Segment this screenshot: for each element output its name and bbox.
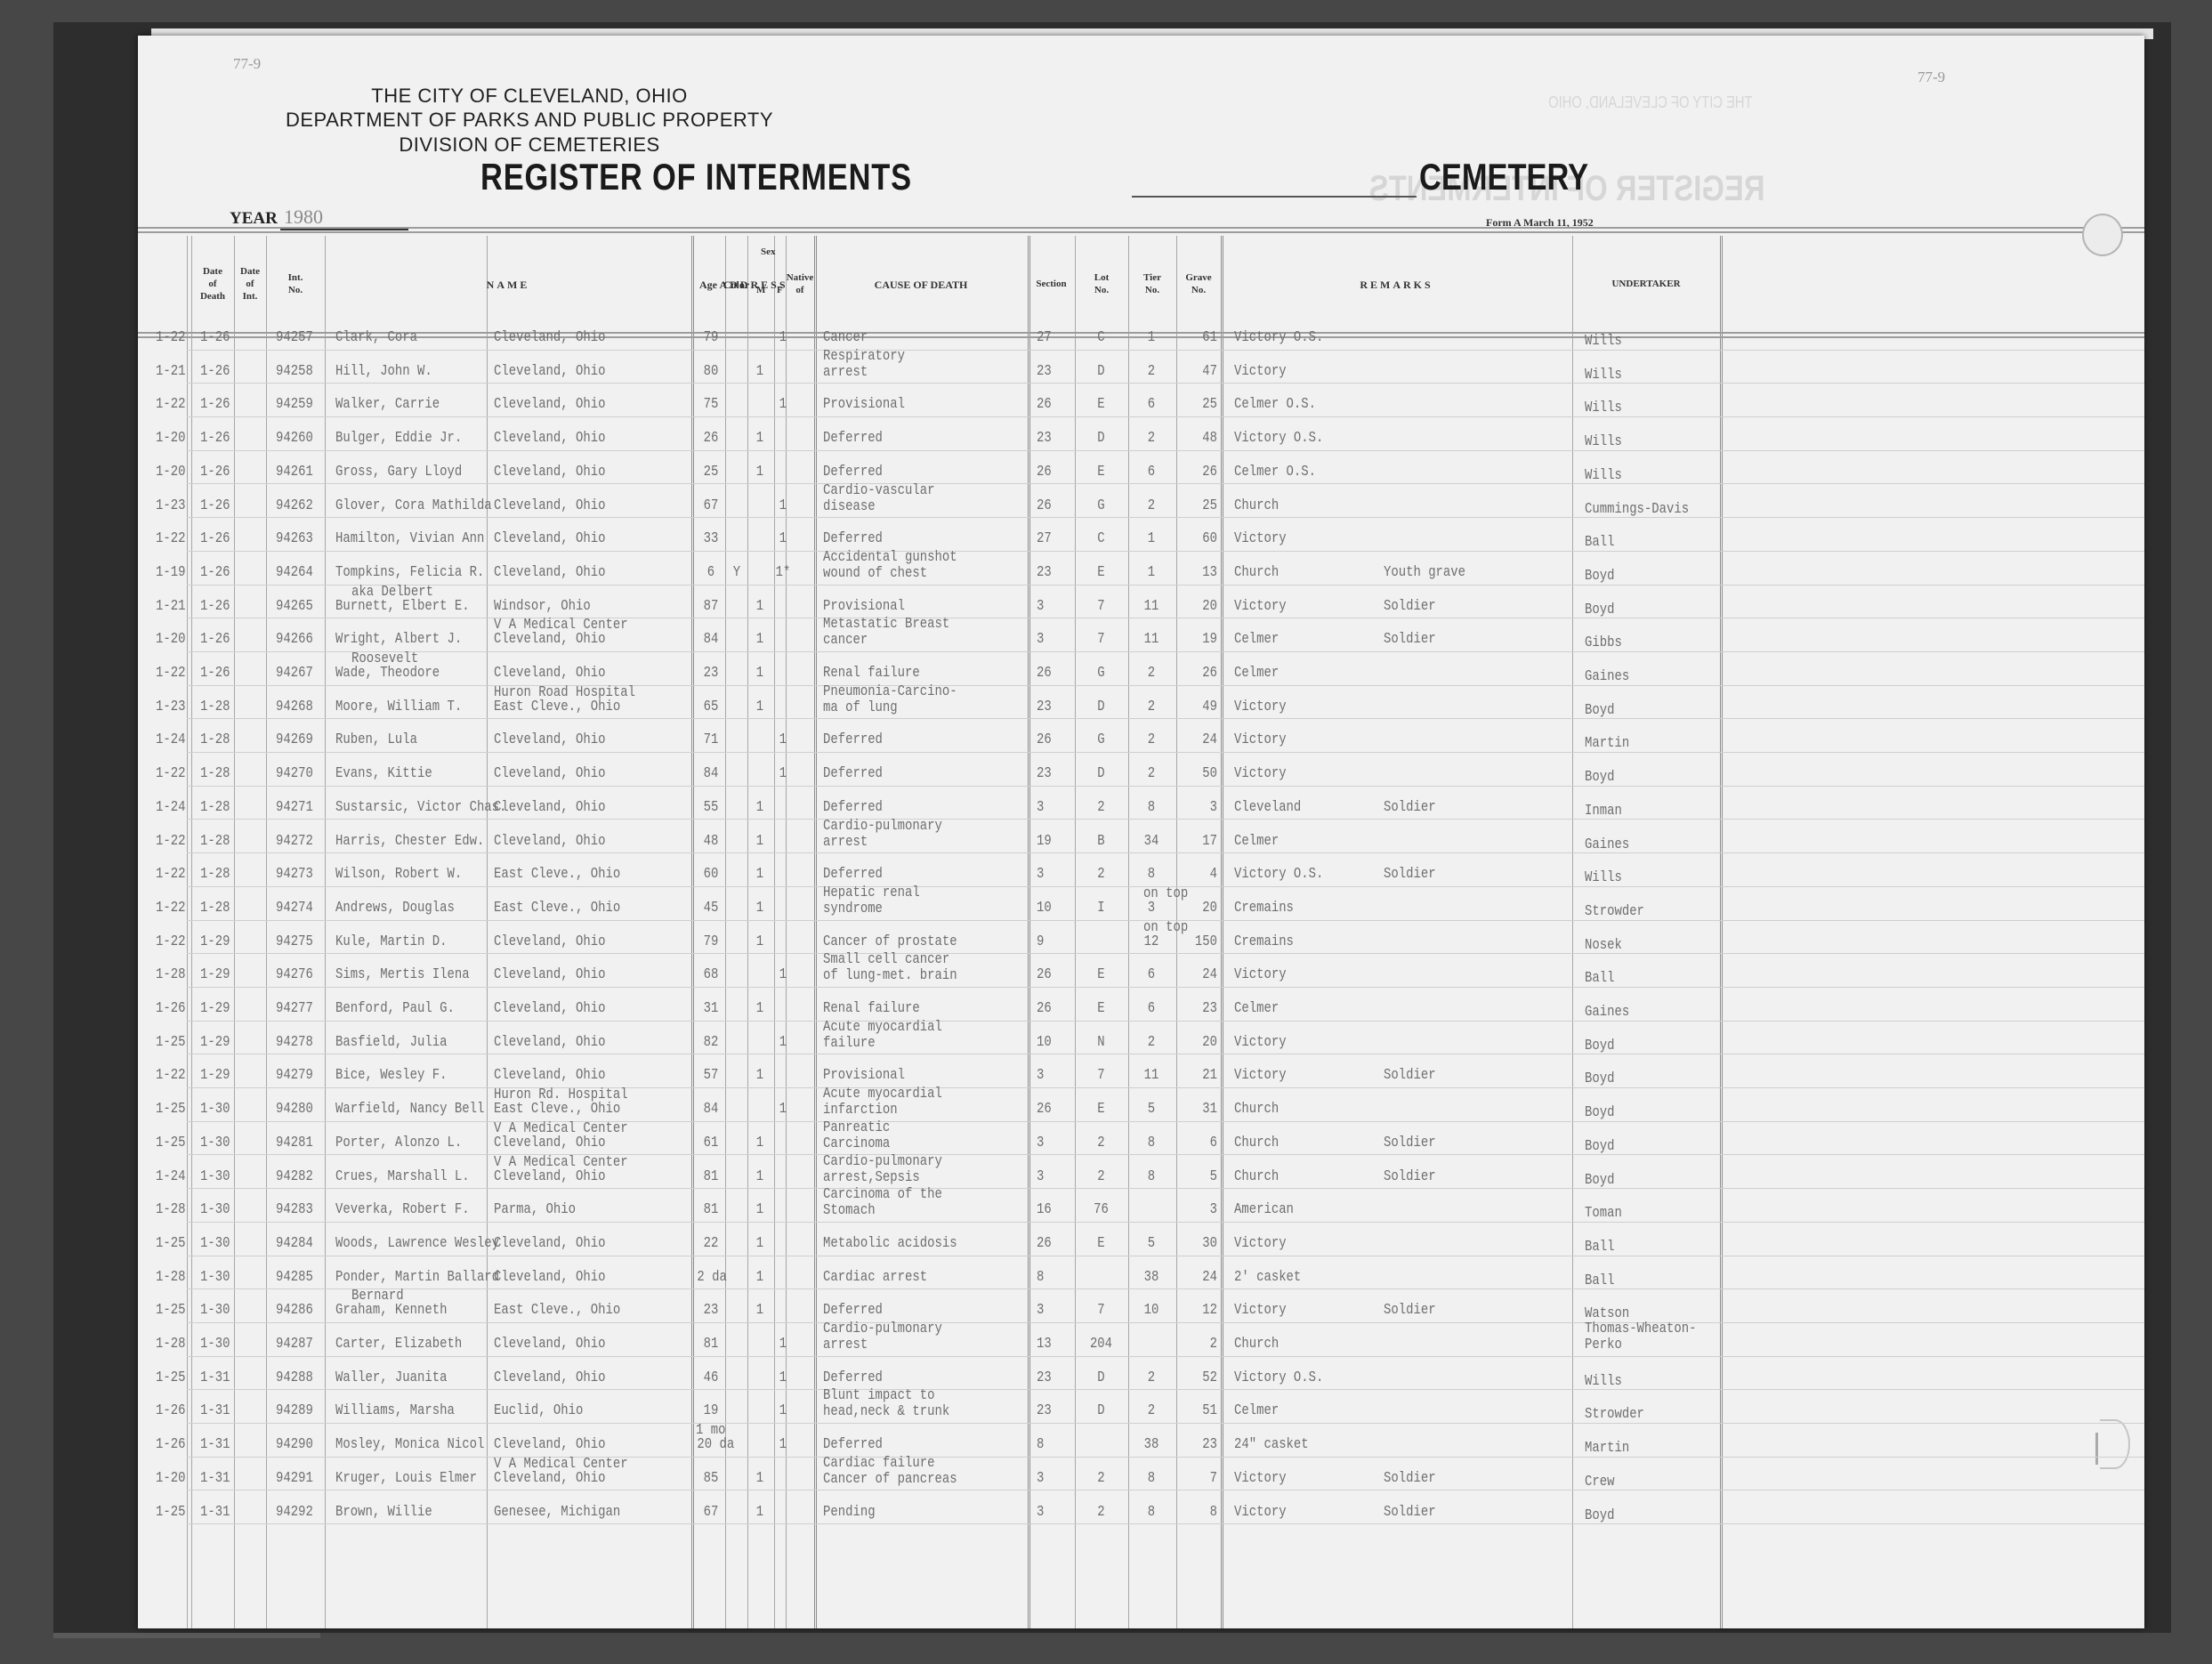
remarks: Celmer <box>1234 1403 1380 1418</box>
date-of-interment: 1-30 <box>200 1102 237 1117</box>
date-of-interment: 1-26 <box>200 632 237 647</box>
lot-number: 2 <box>1081 1471 1121 1486</box>
section-number: 8 <box>1037 1270 1066 1285</box>
date-of-interment: 1-31 <box>200 1505 237 1520</box>
sex-male: 1 <box>750 666 769 681</box>
lot-number: G <box>1081 666 1121 681</box>
interment-number: 94286 <box>276 1303 327 1318</box>
lot-number: E <box>1081 967 1121 982</box>
decedent-name: Andrews, Douglas <box>335 901 504 916</box>
address: Cleveland, Ohio <box>494 1068 662 1083</box>
age: 87 <box>697 599 724 614</box>
age: 84 <box>697 1102 724 1117</box>
address: East Cleve., Ohio <box>494 901 662 916</box>
cause-of-death: arrest <box>823 1337 868 1353</box>
undertaker: Ball <box>1585 1240 1614 1255</box>
section-number: 23 <box>1037 565 1066 580</box>
cause-of-death: Small cell cancer <box>823 952 949 967</box>
table-row: 1-241-3094282Crues, Marshall L.Cleveland… <box>138 1162 2144 1196</box>
section-number: 26 <box>1037 498 1066 513</box>
row-rule <box>187 953 2144 954</box>
lot-number: I <box>1081 901 1121 916</box>
section-number: 23 <box>1037 431 1066 446</box>
age: 81 <box>697 1169 724 1184</box>
date-of-interment: 1-30 <box>200 1202 237 1217</box>
date-of-interment: 1-26 <box>200 498 237 513</box>
grave-number: 24 <box>1184 1270 1217 1285</box>
undertaker: Wills <box>1585 1374 1622 1389</box>
interment-number: 94271 <box>276 800 327 815</box>
remarks: Cremains <box>1234 901 1380 916</box>
address-line-1: Huron Rd. Hospital <box>494 1086 628 1103</box>
date-of-death: 1-23 <box>156 498 192 513</box>
grave-number: 26 <box>1184 666 1217 681</box>
cause-of-death: Cardio-pulmonary <box>823 1321 942 1337</box>
address: Cleveland, Ohio <box>494 531 662 546</box>
age: 67 <box>697 1505 724 1520</box>
row-rule <box>187 718 2144 719</box>
table-row: 1-251-3194292Brown, WillieGenesee, Michi… <box>138 1498 2144 1531</box>
table-row: 1-221-2694259Walker, CarrieCleveland, Oh… <box>138 390 2144 424</box>
address: East Cleve., Ohio <box>494 867 662 882</box>
interment-number: 94269 <box>276 732 327 747</box>
address: Cleveland, Ohio <box>494 431 662 446</box>
sex-male: 1 <box>750 800 769 815</box>
address: Cleveland, Ohio <box>494 834 662 849</box>
remarks: Cremains <box>1234 934 1380 949</box>
address-line-1: V A Medical Center <box>494 1154 628 1171</box>
lot-number: E <box>1081 397 1121 412</box>
grave-number: 47 <box>1184 364 1217 379</box>
color: Y <box>728 565 746 580</box>
remarks: Cleveland <box>1234 800 1380 815</box>
section-number: 3 <box>1037 1471 1066 1486</box>
section-number: 26 <box>1037 1102 1066 1117</box>
interment-number: 94272 <box>276 834 327 849</box>
lot-number: D <box>1081 1370 1121 1385</box>
age: 22 <box>697 1236 724 1251</box>
age: 84 <box>697 766 724 781</box>
remark-note: Youth grave <box>1384 565 1530 580</box>
remarks: Victory <box>1234 766 1380 781</box>
date-of-death: 1-25 <box>156 1102 192 1117</box>
tier-number: 2 <box>1133 364 1171 379</box>
lot-number: E <box>1081 464 1121 480</box>
sex-male: 1 <box>750 867 769 882</box>
cemetery-name-field <box>1132 196 1417 198</box>
cause-of-death: Accidental gunshot <box>823 550 957 565</box>
age: 81 <box>697 1337 724 1352</box>
cause-of-death: Cancer <box>823 330 868 345</box>
remarks: Celmer O.S. <box>1234 397 1380 412</box>
address: Cleveland, Ohio <box>494 1035 662 1050</box>
col-lot-no: LotNo. <box>1075 240 1128 329</box>
tier-number: 6 <box>1133 967 1171 982</box>
table-row: 1-201-2694266Wright, Albert J.Cleveland,… <box>138 625 2144 658</box>
sex-female: 1 <box>774 1102 792 1117</box>
grave-number: 23 <box>1184 1001 1217 1016</box>
page-code-left: 77-9 <box>233 55 261 73</box>
cause-of-death: Cancer of pancreas <box>823 1472 957 1487</box>
grave-number: 150 <box>1184 934 1217 949</box>
date-of-death: 1-21 <box>156 364 192 379</box>
date-of-interment: 1-26 <box>200 565 237 580</box>
col-sex-f: F <box>777 285 783 295</box>
undertaker: Boyd <box>1585 1508 1614 1523</box>
tier-number: 6 <box>1133 1001 1171 1016</box>
row-rule <box>187 1054 2144 1054</box>
section-number: 26 <box>1037 732 1066 747</box>
tier-number: 6 <box>1133 397 1171 412</box>
row-rule <box>187 1423 2144 1424</box>
interment-number: 94257 <box>276 330 327 345</box>
row-rule <box>187 1222 2144 1223</box>
section-number: 26 <box>1037 1001 1066 1016</box>
tier-number: 8 <box>1133 1471 1171 1486</box>
section-number: 3 <box>1037 800 1066 815</box>
decedent-name: Harris, Chester Edw. <box>335 834 504 849</box>
date-of-interment: 1-28 <box>200 800 237 815</box>
table-row: 1-281-2994276Sims, Mertis IlenaCleveland… <box>138 960 2144 994</box>
interment-number: 94287 <box>276 1337 327 1352</box>
interment-number: 94270 <box>276 766 327 781</box>
date-of-interment: 1-28 <box>200 732 237 747</box>
decedent-name: Benford, Paul G. <box>335 1001 504 1016</box>
page-title: REGISTER OF INTERMENTS <box>480 156 912 198</box>
interment-number: 94263 <box>276 531 327 546</box>
row-rule <box>187 1389 2144 1390</box>
undertaker: Ball <box>1585 1273 1614 1288</box>
date-of-interment: 1-28 <box>200 834 237 849</box>
date-of-interment: 1-26 <box>200 364 237 379</box>
col-date-of-int: DateofInt. <box>234 240 266 329</box>
grave-note: on top <box>1143 919 1188 936</box>
interment-number: 94265 <box>276 599 327 614</box>
table-row: 1-221-2894273Wilson, Robert W.East Cleve… <box>138 860 2144 893</box>
cause-of-death: Carcinoma <box>823 1136 890 1151</box>
undertaker: Wills <box>1585 334 1622 349</box>
cause-of-death: wound of chest <box>823 566 927 581</box>
address: Parma, Ohio <box>494 1202 662 1217</box>
remarks: Victory <box>1234 1303 1380 1318</box>
date-of-interment: 1-26 <box>200 431 237 446</box>
sex-female: 1 <box>774 1437 792 1452</box>
undertaker: Inman <box>1585 804 1622 819</box>
address: Cleveland, Ohio <box>494 967 662 982</box>
date-of-death: 1-28 <box>156 967 192 982</box>
row-rule <box>187 1523 2144 1524</box>
cause-of-death: Acute myocardial <box>823 1086 942 1102</box>
header-division: DIVISION OF CEMETERIES <box>343 133 716 157</box>
table-row: 1-251-3094281Porter, Alonzo L.Cleveland,… <box>138 1128 2144 1162</box>
grave-number: 13 <box>1184 565 1217 580</box>
sex-male: 1 <box>750 1303 769 1318</box>
age: 46 <box>697 1370 724 1385</box>
date-of-death: 1-22 <box>156 531 192 546</box>
row-rule <box>187 987 2144 988</box>
decedent-name: Porter, Alonzo L. <box>335 1135 504 1151</box>
date-of-death: 1-22 <box>156 834 192 849</box>
date-of-interment: 1-30 <box>200 1270 237 1285</box>
undertaker: Wills <box>1585 434 1622 449</box>
tier-number: 8 <box>1133 800 1171 815</box>
tier-number: 11 <box>1133 1068 1171 1083</box>
age: 55 <box>697 800 724 815</box>
address-line-1: Huron Road Hospital <box>494 684 635 701</box>
remarks: Celmer O.S. <box>1234 464 1380 480</box>
interment-number: 94278 <box>276 1035 327 1050</box>
age: 65 <box>697 699 724 715</box>
date-of-interment: 1-31 <box>200 1437 237 1452</box>
tier-number: 5 <box>1133 1236 1171 1251</box>
sex-male: 1 <box>750 1068 769 1083</box>
interment-number: 94267 <box>276 666 327 681</box>
remarks: Victory O.S. <box>1234 330 1380 345</box>
section-number: 19 <box>1037 834 1066 849</box>
tier-number: 6 <box>1133 464 1171 480</box>
sex-female: 1 <box>774 397 792 412</box>
grave-number: 6 <box>1184 1135 1217 1151</box>
date-of-interment: 1-26 <box>200 464 237 480</box>
decedent-name: Burnett, Elbert E. <box>335 599 504 614</box>
address: Cleveland, Ohio <box>494 364 662 379</box>
undertaker: Strowder <box>1585 1407 1644 1422</box>
sex-female: 1* <box>774 565 792 580</box>
lot-number: D <box>1081 699 1121 715</box>
row-rule <box>187 1021 2144 1022</box>
age: 75 <box>697 397 724 412</box>
interment-number: 94290 <box>276 1437 327 1452</box>
date-of-death: 1-20 <box>156 632 192 647</box>
section-number: 23 <box>1037 699 1066 715</box>
grave-number: 49 <box>1184 699 1217 715</box>
grave-number: 61 <box>1184 330 1217 345</box>
name-continuation: Bernard <box>351 1288 404 1305</box>
date-of-interment: 1-30 <box>200 1169 237 1184</box>
table-row: 1-281-3094283Veverka, Robert F.Parma, Oh… <box>138 1195 2144 1229</box>
cause-of-death: Cardio-vascular <box>823 483 934 498</box>
age: 23 <box>697 666 724 681</box>
date-of-interment: 1-28 <box>200 699 237 715</box>
interment-number: 94288 <box>276 1370 327 1385</box>
row-rule <box>187 416 2144 417</box>
row-rule <box>187 1188 2144 1189</box>
undertaker: Boyd <box>1585 703 1614 718</box>
section-number: 26 <box>1037 464 1066 480</box>
grave-number: 52 <box>1184 1370 1217 1385</box>
sex-male: 1 <box>750 901 769 916</box>
table-row: 1-251-2994278Basfield, JuliaCleveland, O… <box>138 1028 2144 1062</box>
lot-number: 2 <box>1081 800 1121 815</box>
grave-number: 20 <box>1184 901 1217 916</box>
interment-number: 94268 <box>276 699 327 715</box>
cause-of-death: Deferred <box>823 1437 883 1452</box>
date-of-death: 1-25 <box>156 1303 192 1318</box>
age: 26 <box>697 431 724 446</box>
section-number: 3 <box>1037 867 1066 882</box>
date-of-interment: 1-28 <box>200 867 237 882</box>
col-remarks: REMARKS <box>1221 240 1572 329</box>
grave-number: 20 <box>1184 599 1217 614</box>
section-number: 3 <box>1037 1303 1066 1318</box>
cause-of-death: Deferred <box>823 464 883 480</box>
address: East Cleve., Ohio <box>494 1303 662 1318</box>
sex-male: 1 <box>750 1202 769 1217</box>
decedent-name: Clark, Cora <box>335 330 504 345</box>
lot-number: E <box>1081 565 1121 580</box>
age-line-1: 1 mo <box>696 1422 725 1439</box>
address: Cleveland, Ohio <box>494 1437 662 1452</box>
address: Cleveland, Ohio <box>494 666 662 681</box>
row-rule <box>187 585 2144 586</box>
address: Cleveland, Ohio <box>494 1135 662 1151</box>
interment-number: 94273 <box>276 867 327 882</box>
tier-number: 11 <box>1133 599 1171 614</box>
remarks: Church <box>1234 1102 1380 1117</box>
interment-number: 94275 <box>276 934 327 949</box>
col-color: Color <box>725 240 747 329</box>
grave-number: 30 <box>1184 1236 1217 1251</box>
cause-of-death: Cardiac arrest <box>823 1270 927 1285</box>
remarks: Church <box>1234 565 1380 580</box>
lot-number: 2 <box>1081 1169 1121 1184</box>
address: Cleveland, Ohio <box>494 397 662 412</box>
age: 25 <box>697 464 724 480</box>
row-rule <box>187 852 2144 853</box>
sex-male: 1 <box>750 1001 769 1016</box>
remarks: Victory O.S. <box>1234 1370 1380 1385</box>
table-row: 1-261-3194289Williams, MarshaEuclid, Ohi… <box>138 1396 2144 1430</box>
undertaker: Boyd <box>1585 1105 1614 1120</box>
remarks: Victory <box>1234 1471 1380 1486</box>
decedent-name: Hamilton, Vivian Ann <box>335 531 504 546</box>
address: Cleveland, Ohio <box>494 766 662 781</box>
sex-male: 1 <box>750 1236 769 1251</box>
undertaker: Strowder <box>1585 904 1644 919</box>
age: 85 <box>697 1471 724 1486</box>
grave-number: 25 <box>1184 397 1217 412</box>
cause-of-death: Deferred <box>823 1370 883 1385</box>
row-rule <box>187 1087 2144 1088</box>
remarks: Celmer <box>1234 1001 1380 1016</box>
date-of-death: 1-22 <box>156 934 192 949</box>
lot-number: E <box>1081 1001 1121 1016</box>
row-rule <box>187 1356 2144 1357</box>
address-line-1: V A Medical Center <box>494 1120 628 1137</box>
cause-of-death: arrest <box>823 835 868 850</box>
age: 6 <box>697 565 724 580</box>
decedent-name: Wright, Albert J. <box>335 632 504 647</box>
grave-number: 7 <box>1184 1471 1217 1486</box>
section-number: 26 <box>1037 666 1066 681</box>
section-number: 3 <box>1037 1505 1066 1520</box>
tier-number: 38 <box>1133 1270 1171 1285</box>
remarks: 2' casket <box>1234 1270 1380 1285</box>
date-of-interment: 1-31 <box>200 1370 237 1385</box>
lot-number: D <box>1081 431 1121 446</box>
remarks: 24" casket <box>1234 1437 1380 1452</box>
decedent-name: Walker, Carrie <box>335 397 504 412</box>
sex-male: 1 <box>750 1135 769 1151</box>
date-of-death: 1-24 <box>156 732 192 747</box>
section-number: 13 <box>1037 1337 1066 1352</box>
interment-number: 94260 <box>276 431 327 446</box>
remarks: Victory O.S. <box>1234 431 1380 446</box>
cause-of-death: arrest,Sepsis <box>823 1170 920 1185</box>
tier-number: 2 <box>1133 498 1171 513</box>
decedent-name: Kule, Martin D. <box>335 934 504 949</box>
cause-of-death: Deferred <box>823 431 883 446</box>
interment-number: 94264 <box>276 565 327 580</box>
table-row: 1-251-3094286Graham, KennethEast Cleve.,… <box>138 1296 2144 1329</box>
table-row: 1-201-3194291Kruger, Louis ElmerClevelan… <box>138 1464 2144 1498</box>
remarks: Celmer <box>1234 632 1380 647</box>
section-number: 10 <box>1037 901 1066 916</box>
grave-number: 3 <box>1184 800 1217 815</box>
address: Cleveland, Ohio <box>494 1471 662 1486</box>
address: Cleveland, Ohio <box>494 330 662 345</box>
table-row: 1-221-2894272Harris, Chester Edw.Clevela… <box>138 827 2144 860</box>
grave-number: 5 <box>1184 1169 1217 1184</box>
undertaker: Nosek <box>1585 938 1622 953</box>
lot-number: 2 <box>1081 867 1121 882</box>
section-number: 23 <box>1037 766 1066 781</box>
address: Windsor, Ohio <box>494 599 662 614</box>
cause-of-death: Cardio-pulmonary <box>823 819 942 834</box>
age: 60 <box>697 867 724 882</box>
cause-of-death: failure <box>823 1036 876 1051</box>
sex-male: 1 <box>750 1471 769 1486</box>
address: East Cleve., Ohio <box>494 1102 662 1117</box>
table-row: 1-251-3194288Waller, JuanitaCleveland, O… <box>138 1363 2144 1397</box>
grave-number: 21 <box>1184 1068 1217 1083</box>
undertaker: Boyd <box>1585 1139 1614 1154</box>
lot-number: 204 <box>1081 1337 1121 1352</box>
interment-number: 94258 <box>276 364 327 379</box>
decedent-name: Williams, Marsha <box>335 1403 504 1418</box>
cause-of-death: Panreatic <box>823 1120 890 1135</box>
cause-of-death: Pending <box>823 1505 876 1520</box>
date-of-death: 1-20 <box>156 1471 192 1486</box>
sex-male: 1 <box>750 934 769 949</box>
remarks: Victory <box>1234 1236 1380 1251</box>
grave-number: 48 <box>1184 431 1217 446</box>
tier-number: 38 <box>1133 1437 1171 1452</box>
grave-number: 19 <box>1184 632 1217 647</box>
cause-of-death: Deferred <box>823 800 883 815</box>
date-of-death: 1-22 <box>156 901 192 916</box>
interment-number: 94283 <box>276 1202 327 1217</box>
col-grave-no: GraveNo. <box>1176 240 1221 329</box>
undertaker: Cummings-Davis <box>1585 502 1689 517</box>
remarks: Victory <box>1234 599 1380 614</box>
row-rule <box>187 1457 2144 1458</box>
cause-of-death: Blunt impact to <box>823 1388 934 1403</box>
table-row: 1-231-2694262Glover, Cora MathildaClevel… <box>138 491 2144 525</box>
address: Cleveland, Ohio <box>494 1370 662 1385</box>
name-continuation: Roosevelt <box>351 650 418 667</box>
undertaker: Gaines <box>1585 837 1629 852</box>
decedent-name: Warfield, Nancy Bell <box>335 1102 504 1117</box>
tier-number: 2 <box>1133 666 1171 681</box>
date-of-death: 1-22 <box>156 666 192 681</box>
cause-of-death: Stomach <box>823 1203 876 1218</box>
sex-male: 1 <box>750 1270 769 1285</box>
interment-number: 94291 <box>276 1471 327 1486</box>
cause-of-death: Respiratory <box>823 349 905 364</box>
row-rule <box>187 651 2144 652</box>
tier-number: 2 <box>1133 766 1171 781</box>
